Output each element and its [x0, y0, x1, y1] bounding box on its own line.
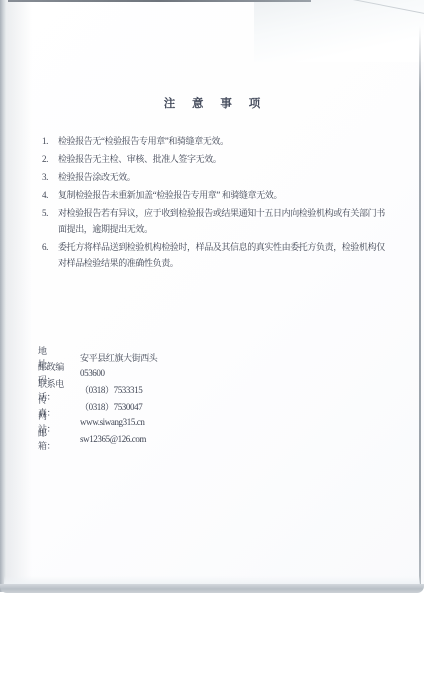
scanned-document: 注 意 事 项 1. 检验报告无“检验报告专用章”和骑缝章无效。 2. 检验报告…	[0, 0, 424, 700]
contact-value: （0318）7530047	[80, 400, 142, 413]
note-text: 委托方将样品送到检验机构检验时，样品及其信息的真实性由委托方负责，检验机构仅对样…	[58, 239, 390, 271]
note-item: 6. 委托方将样品送到检验机构检验时，样品及其信息的真实性由委托方负责，检验机构…	[42, 239, 390, 271]
note-text: 复制检验报告未重新加盖“检验报告专用章” 和骑缝章无效。	[58, 187, 390, 203]
note-number: 6.	[42, 239, 58, 271]
note-item: 5. 对检验报告若有异议，应于收到检验报告或结果通知十五日内向检验机构或有关部门…	[42, 205, 390, 237]
contact-value: 053600	[80, 368, 105, 378]
page: 注 意 事 项 1. 检验报告无“检验报告专用章”和骑缝章无效。 2. 检验报告…	[0, 0, 424, 592]
contact-row-email: 邮 箱： sw12365@126.com	[38, 430, 157, 446]
note-text: 检验报告无“检验报告专用章”和骑缝章无效。	[58, 133, 390, 149]
page-top-edge	[8, 0, 311, 2]
page-corner-fold	[254, 0, 424, 62]
note-number: 2.	[42, 151, 58, 167]
note-text: 对检验报告若有异议，应于收到检验报告或结果通知十五日内向检验机构或有关部门书面提…	[58, 205, 390, 237]
note-item: 1. 检验报告无“检验报告专用章”和骑缝章无效。	[42, 133, 390, 149]
note-number: 4.	[42, 187, 58, 203]
contact-info: 地 址： 安平县红旗大街西头 邮政编码： 053600 联系电话： （0318）…	[38, 349, 157, 447]
contact-value: （0318）7533315	[80, 383, 142, 396]
note-item: 3. 检验报告涂改无效。	[42, 169, 390, 185]
contact-label: 邮 箱：	[38, 426, 80, 452]
note-item: 4. 复制检验报告未重新加盖“检验报告专用章” 和骑缝章无效。	[42, 187, 390, 203]
contact-value: sw12365@126.com	[80, 434, 146, 444]
note-number: 1.	[42, 133, 58, 149]
contact-value: 安平县红旗大街西头	[80, 351, 157, 364]
note-text: 检验报告无主检、审核、批准人签字无效。	[58, 151, 390, 167]
page-left-soft-shadow	[6, 0, 32, 592]
page-bottom-edge	[0, 584, 424, 593]
note-number: 3.	[42, 169, 58, 185]
contact-value: www.siwang315.cn	[80, 417, 145, 427]
note-number: 5.	[42, 205, 58, 237]
notes-list: 1. 检验报告无“检验报告专用章”和骑缝章无效。 2. 检验报告无主检、审核、批…	[42, 133, 390, 273]
note-item: 2. 检验报告无主检、审核、批准人签字无效。	[42, 151, 390, 167]
page-title: 注 意 事 项	[0, 95, 424, 111]
note-text: 检验报告涂改无效。	[58, 169, 390, 185]
